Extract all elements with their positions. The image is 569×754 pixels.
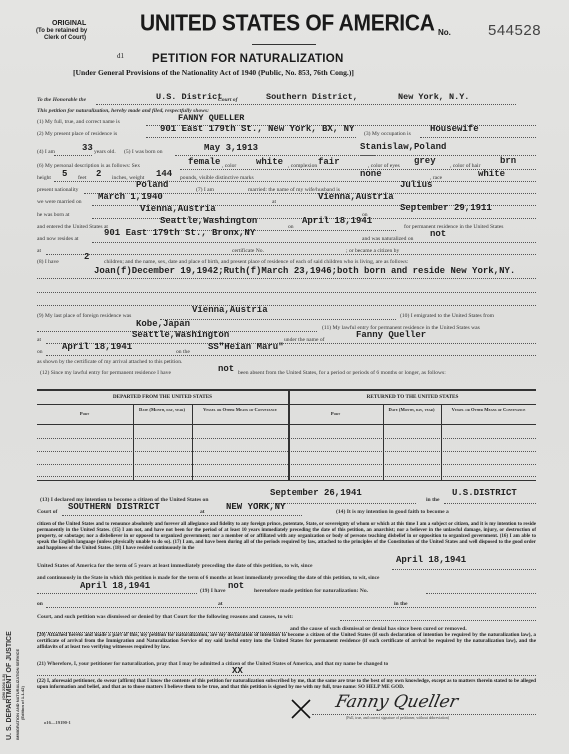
entered-label: and entered the United States at: [37, 224, 108, 230]
petition-number: 544528: [488, 22, 541, 39]
table-row: [37, 464, 536, 465]
spouse-born-at-value: Vienna,Austria: [140, 204, 216, 214]
height-ft-value: 5: [62, 169, 67, 179]
spouse-born-on-value: September 29,1911: [400, 203, 492, 213]
court-of-label-2: Court of: [37, 509, 57, 515]
returned-header: RETURNED TO THE UNITED STATES: [289, 395, 536, 400]
oath-paragraph: citizen of the United States and to reno…: [37, 522, 536, 552]
col-returned-date: Date (Month, day, year): [383, 407, 440, 412]
declaration-district-line: [62, 515, 302, 516]
height-line: [54, 181, 536, 182]
citizen-by-label: ; or became a citizen by: [346, 248, 399, 254]
marks-value: none: [360, 169, 382, 179]
q7-label: (7) I am: [196, 187, 214, 193]
certificate-line: [46, 254, 536, 255]
occupation-line: [420, 137, 536, 138]
hair-value: brn: [500, 156, 516, 166]
spouse-entered-on-label: on: [288, 224, 294, 230]
retained-label-2: Clerk of Court): [44, 35, 86, 41]
age-value: 33: [82, 143, 93, 153]
declaration-court-value: U.S.DISTRICT: [452, 488, 517, 498]
q2-label: (2) My present place of residence is: [37, 131, 117, 137]
q14-label: (14) It is my intention in good faith to…: [336, 509, 449, 515]
weight-value: 144: [156, 169, 172, 179]
col-departed-date: Date (Month, day, year): [133, 407, 191, 412]
in-the-label: in the: [426, 497, 440, 503]
table-top-rule: [37, 389, 536, 391]
q3-label: (3) My occupation is: [364, 131, 411, 137]
spouse-entered-at-value: Seattle,Washington: [160, 216, 257, 226]
nationality-label: present nationality: [37, 187, 78, 193]
birth-place-value: Stanislaw,Poland: [360, 142, 446, 152]
district-value: Southern District,: [266, 92, 358, 102]
signature-x-mark: [290, 698, 310, 718]
certificate-label: certificate No.: [232, 248, 264, 254]
declaration-district-value: SOUTHERN DISTRICT: [68, 502, 160, 512]
declaration-city-value: NEW YORK,NY: [226, 502, 285, 512]
table-bottom-rule: [37, 480, 536, 481]
spouse-born-label: he was born at: [37, 212, 69, 218]
married-at-label: at: [272, 199, 276, 205]
q21-label: (21) Wherefore, I, your petitioner for n…: [37, 661, 388, 667]
residence-line: [146, 137, 356, 138]
at-label: at: [37, 248, 41, 254]
to-honorable-label: To the Honorable the: [37, 97, 86, 103]
q19-rest-label: heretofore made petition for naturalizat…: [254, 588, 368, 594]
married-on-label: we were married on: [37, 199, 82, 205]
on-label: on: [37, 601, 43, 607]
naturalization-petition-page: ORIGINAL (To be retained by Clerk of Cou…: [0, 0, 569, 754]
declaration-court-line: [444, 503, 536, 504]
title-rule: [252, 44, 316, 45]
color-label: , color: [222, 163, 236, 169]
children-count-value: 2: [84, 252, 89, 262]
resides-line: [92, 242, 536, 243]
departed-header: DEPARTED FROM THE UNITED STATES: [37, 395, 288, 400]
name-value: FANNY QUELLER: [178, 113, 244, 123]
permanent-label: for permanent residence in the United St…: [404, 224, 503, 230]
entry-on-line: [46, 355, 536, 356]
resided-since-line: [392, 569, 536, 570]
col-departed-port: Port: [37, 411, 132, 416]
col-divider: [441, 404, 442, 480]
q20-paragraph: (20) Attached hereto and made a part of …: [37, 632, 536, 651]
at-label-3: at: [218, 601, 223, 607]
signature-caption: (Full, true, and correct signature of pe…: [346, 716, 449, 720]
nationality-value: Poland: [136, 180, 168, 190]
table-row: [37, 476, 536, 477]
complexion-label: , complexion: [288, 163, 317, 169]
q19-label: (19) I have: [200, 588, 225, 594]
sidebar-edition: (Edition of 1-1-42): [20, 686, 25, 720]
reasons-line: [340, 620, 536, 621]
court-line: [96, 104, 516, 105]
height-label: height: [37, 175, 51, 181]
subheader-rule: [37, 424, 536, 425]
col-departed-vessel: Vessel or Other Means of Conveyance: [192, 407, 288, 412]
married-on-value: March 1,1940: [98, 192, 163, 202]
color-value: white: [256, 157, 283, 167]
q12-rest-label: been absent from the United States, for …: [238, 370, 446, 376]
col-returned-vessel: Vessel or Other Means of Conveyance: [441, 407, 536, 412]
document-title: UNITED STATES OF AMERICA: [140, 11, 435, 37]
dismissed-label: Court, and such petition was dismissed o…: [37, 614, 293, 620]
entry-on-value: April 18,1941: [62, 342, 132, 352]
signature-value: Fanny Queller: [334, 692, 460, 712]
q4-label: (4) I am: [37, 149, 55, 155]
now-resides-label: and now resides at: [37, 236, 78, 242]
years-old-label: years old.: [94, 149, 116, 155]
name-change-value: XX: [232, 666, 243, 676]
on-the-label: on the: [176, 349, 190, 355]
sidebar-form-code: (OM 2204 1-8): [1, 674, 6, 700]
under-name-label: under the name of: [284, 337, 325, 343]
prior-petition-value: not: [228, 581, 244, 591]
q12-label: (12) Since my lawful entry for permanent…: [40, 370, 171, 376]
entry-on-label: on: [37, 349, 43, 355]
age-line: [54, 155, 92, 156]
q5-label: (5) I was born on: [124, 149, 163, 155]
q8-label: (8) I have: [37, 259, 59, 265]
q10-label: (10) I emigrated to the United States fr…: [400, 313, 494, 319]
state-since-line: [37, 593, 197, 594]
original-label: ORIGINAL: [52, 20, 86, 27]
complexion-value: fair: [318, 157, 340, 167]
name-change-line: [37, 675, 536, 676]
spouse-entered-on-value: April 18,1941: [302, 216, 372, 226]
col-divider: [383, 404, 384, 480]
court-of-label: Court of: [218, 97, 237, 103]
form-subtitle: [Under General Provisions of the Nationa…: [73, 68, 354, 77]
occupation-value: Housewife: [430, 124, 479, 134]
entry-name-value: Fanny Queller: [356, 330, 426, 340]
children-value: Joan(f)December 19,1942;Ruth(f)March 23,…: [94, 266, 515, 276]
emigrated-from-value: Kobe,Japan: [136, 319, 190, 329]
col-divider: [192, 404, 193, 480]
birth-date-value: May 3,1913: [204, 143, 258, 153]
sidebar-department: U. S. DEPARTMENT OF JUSTICE: [6, 631, 13, 740]
eyes-value: grey: [414, 156, 436, 166]
col-divider: [133, 404, 134, 480]
sex-value: female: [188, 157, 220, 167]
form-code: o16—19190-1: [44, 720, 71, 725]
entry-at-label: at: [37, 337, 41, 343]
children-line-2: [37, 292, 536, 293]
prior-petition-line: [46, 607, 536, 608]
children-line-3: [37, 305, 536, 306]
number-label: No.: [438, 28, 451, 37]
children-line-1: [37, 278, 536, 279]
feet-label: feet: [78, 175, 86, 181]
last-foreign-value: Vienna,Austria: [192, 305, 268, 315]
residence-value: 901 East 179th St., New York, BX, NY: [160, 124, 354, 134]
retained-label-1: (To be retained by: [36, 28, 87, 34]
pounds-label: pounds, visible distinctive marks: [180, 175, 254, 181]
marginal-mark: d1: [117, 52, 124, 60]
spouse-resides-value: 901 East 179th St., Bronx,NY: [104, 228, 255, 238]
last-foreign-line: [160, 319, 396, 320]
declaration-date-value: September 26,1941: [270, 488, 362, 498]
header-rule: [37, 404, 536, 405]
q1-label: (1) My full, true, and correct name is: [37, 119, 120, 125]
table-row: [37, 438, 536, 439]
col-returned-port: Port: [289, 411, 382, 416]
height-in-value: 2: [96, 169, 101, 179]
q22-paragraph: (22) I, aforesaid petitioner, do swear (…: [37, 678, 536, 690]
col-divider-center: [288, 389, 290, 480]
table-row: [37, 451, 536, 452]
resided-label: United States of America for the term of…: [37, 563, 313, 569]
race-value: white: [478, 169, 505, 179]
court-name-value: U.S. District: [156, 92, 222, 102]
birth-line: [175, 155, 375, 156]
q9-label: (9) My last place of foreign residence w…: [37, 313, 131, 319]
state-since-value: April 18,1941: [80, 581, 150, 591]
q6-label: (6) My personal description is as follow…: [37, 163, 140, 169]
married-at-value: Vienna,Austria: [318, 192, 394, 202]
signature-line: [312, 714, 536, 715]
spouse-value: Julius: [400, 180, 432, 190]
entry-at-value: Seattle,Washington: [132, 330, 229, 340]
vessel-value: SS"Heian Maru": [208, 342, 284, 352]
naturalized-value: not: [430, 229, 446, 239]
hair-label: , color of hair: [450, 163, 480, 169]
at-label-2: at: [200, 509, 205, 515]
city-value: New York, N.Y.: [398, 92, 469, 102]
in-the-label-2: in the: [394, 601, 408, 607]
naturalized-label: and was naturalized on: [362, 236, 413, 242]
form-title: PETITION FOR NATURALIZATION: [152, 53, 344, 65]
shown-label: as shown by the certificate of my arriva…: [37, 359, 182, 365]
children-label: children; and the name, sex, date and pl…: [104, 259, 408, 265]
petition-no-line: [426, 593, 536, 594]
absent-value: not: [218, 364, 234, 374]
resided-since-value: April 18,1941: [396, 555, 466, 565]
